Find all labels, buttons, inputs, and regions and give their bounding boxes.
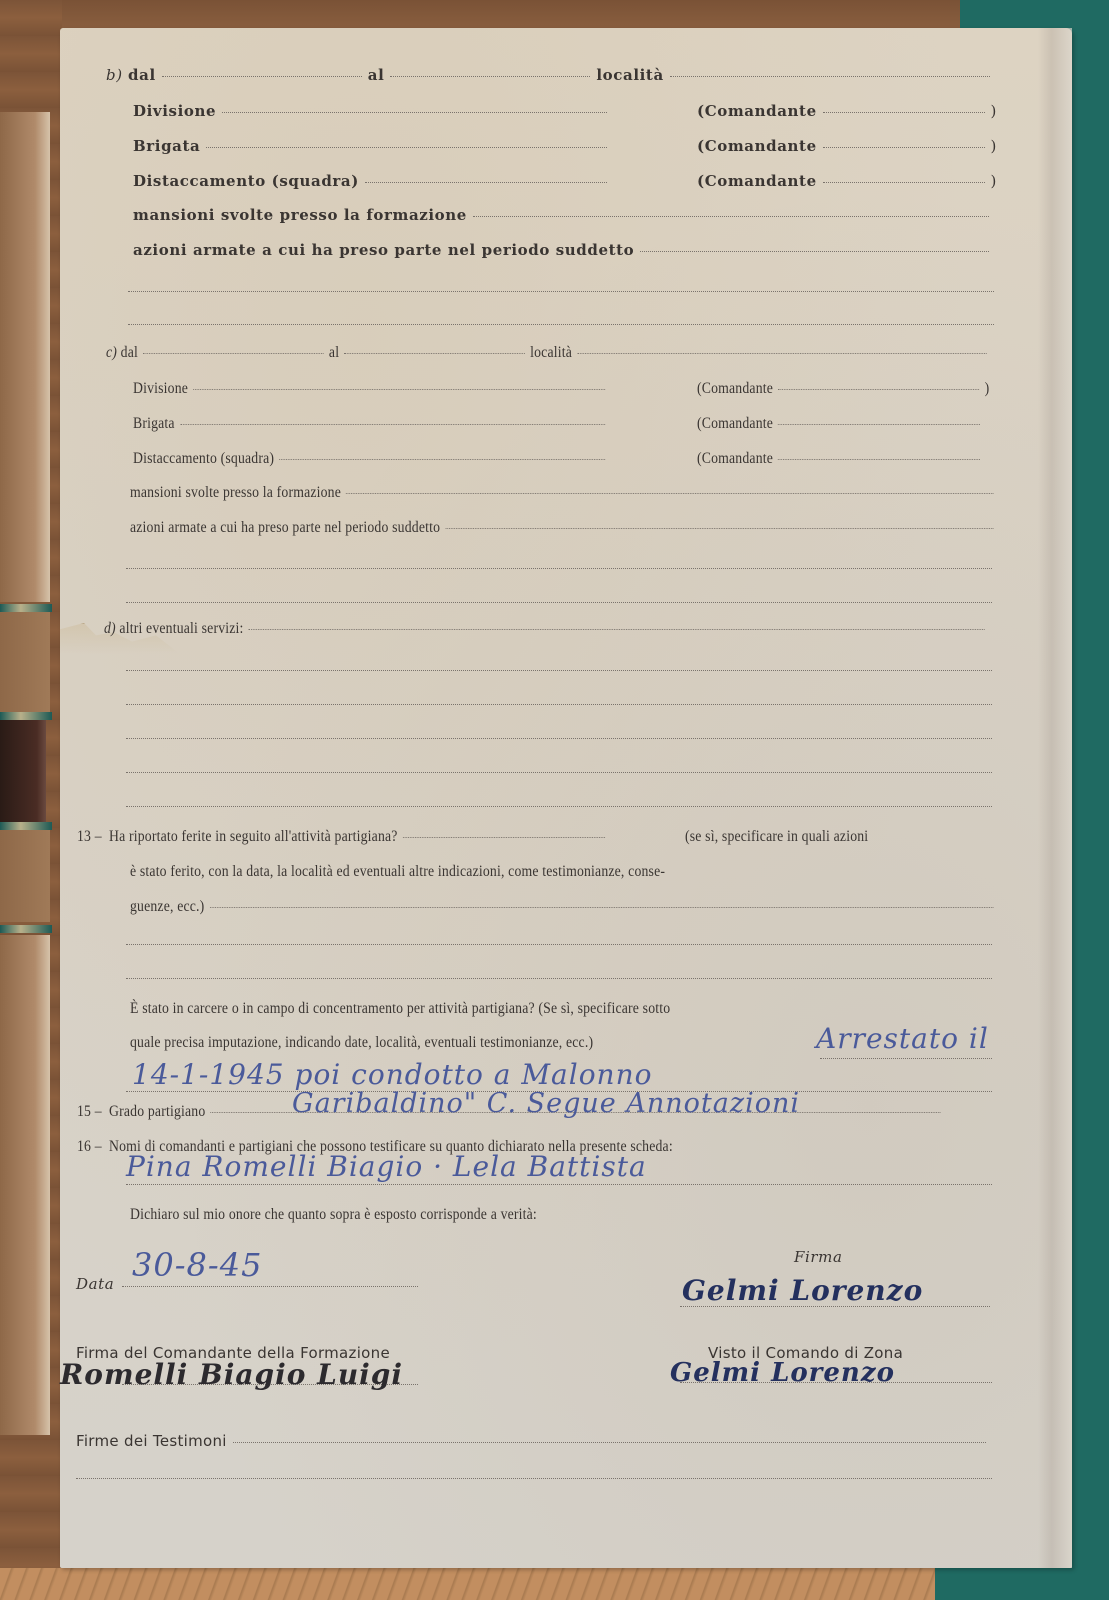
comandante-formazione-signature: Romelli Biagio Luigi: [60, 1358, 403, 1391]
section-c-extra-line[interactable]: [126, 568, 992, 569]
data-field[interactable]: [122, 1286, 418, 1287]
dal-field[interactable]: [143, 353, 324, 354]
q16-line[interactable]: [126, 1184, 992, 1185]
brigata-field[interactable]: [206, 147, 607, 148]
section-c-divisione-comandante: (Comandante ): [697, 380, 989, 398]
section-c-brigata-comandante: (Comandante: [697, 415, 985, 433]
section-b-extra-line[interactable]: [128, 324, 994, 325]
section-b-marker: b): [106, 66, 123, 84]
binder-spine: [0, 612, 50, 712]
comandante-label: (Comandante: [697, 380, 773, 398]
dal-field[interactable]: [162, 76, 362, 77]
firma-label: Firma: [794, 1248, 843, 1266]
comandante-field[interactable]: [778, 459, 980, 460]
q13-number: 13 –: [77, 828, 102, 846]
section-b-extra-line[interactable]: [128, 291, 994, 292]
q14-answer-handwritten: Arrestato il: [816, 1022, 989, 1055]
comandante-field[interactable]: [823, 182, 985, 183]
comandante-label: (Comandante: [697, 450, 773, 468]
localita-field[interactable]: [670, 76, 990, 77]
divisione-field[interactable]: [222, 112, 607, 113]
q13-line1: 13 – Ha riportato ferite in seguito all'…: [77, 828, 610, 846]
declaration: Dichiaro sul mio onore che quanto sopra …: [130, 1206, 537, 1224]
localita-field[interactable]: [577, 353, 986, 354]
distaccamento-field[interactable]: [279, 459, 605, 460]
distaccamento-field[interactable]: [365, 182, 607, 183]
testimoni-label: Firme dei Testimoni: [76, 1432, 227, 1450]
section-b-mansioni: mansioni svolte presso la formazione: [133, 206, 995, 224]
mansioni-field[interactable]: [473, 216, 989, 217]
section-d-line[interactable]: [126, 670, 992, 671]
visto-signature: Gelmi Lorenzo: [670, 1358, 895, 1388]
testimoni-line[interactable]: [76, 1478, 992, 1479]
localita-label: località: [596, 66, 663, 84]
q15-number: 15 –: [77, 1103, 102, 1121]
q13-details-field[interactable]: [210, 907, 994, 908]
section-d: d) altri eventuali servizi:: [104, 620, 990, 638]
section-b-brigata: Brigata: [133, 137, 613, 155]
comandante-field[interactable]: [823, 112, 985, 113]
section-d-line[interactable]: [126, 704, 992, 705]
section-b-dates: b) dal al località: [106, 66, 996, 84]
al-field[interactable]: [344, 353, 525, 354]
q16-number: 16 –: [77, 1138, 102, 1156]
close-paren: ): [991, 102, 997, 120]
data-label: Data: [76, 1275, 114, 1293]
mansioni-label: mansioni svolte presso la formazione: [133, 206, 467, 224]
section-c-dates: c) dal al località: [106, 344, 992, 362]
section-b-divisione-comandante: (Comandante ): [697, 102, 997, 120]
section-b-distaccamento: Distaccamento (squadra): [133, 172, 613, 190]
q13-instructions-cont: è stato ferito, con la data, la località…: [130, 863, 665, 881]
testimoni-row: Firme dei Testimoni: [76, 1432, 992, 1450]
section-b-distaccamento-comandante: (Comandante ): [697, 172, 997, 190]
binder-spine-dark: [0, 720, 46, 822]
section-d-line[interactable]: [126, 738, 992, 739]
q14-answer-handwritten-cont: 14-1-1945 poi condotto a Malonno: [132, 1058, 652, 1091]
section-c-distaccamento-comandante: (Comandante: [697, 450, 985, 468]
mansioni-label: mansioni svolte presso la formazione: [130, 484, 341, 502]
q13-instructions-end: guenze, ecc.): [130, 898, 204, 916]
q14-question: È stato in carcere o in campo di concent…: [130, 1000, 670, 1018]
form-page: b) dal al località Divisione (Comandante…: [60, 28, 1072, 1568]
divisione-label: Divisione: [133, 380, 188, 398]
section-b-brigata-comandante: (Comandante ): [697, 137, 997, 155]
binder-band: [0, 712, 52, 720]
comandante-label: (Comandante: [697, 102, 817, 120]
close-paren: ): [991, 172, 997, 190]
divisione-field[interactable]: [193, 389, 605, 390]
section-d-marker: d): [104, 620, 116, 638]
section-b-azioni: azioni armate a cui ha preso parte nel p…: [133, 241, 995, 259]
section-c-divisione: Divisione: [133, 380, 610, 398]
al-label: al: [329, 344, 339, 362]
section-c-extra-line[interactable]: [126, 602, 992, 603]
section-c-mansioni: mansioni svolte presso la formazione: [130, 484, 999, 502]
distaccamento-label: Distaccamento (squadra): [133, 450, 274, 468]
paper-edge: [1038, 28, 1072, 1568]
q15-answer-handwritten: Garibaldino" C. Segue Annotazioni: [292, 1088, 800, 1119]
brigata-label: Brigata: [133, 415, 175, 433]
comandante-label: (Comandante: [697, 172, 817, 190]
wooden-frame-bottom: [0, 1568, 935, 1600]
close-paren: ): [991, 137, 997, 155]
q14-instructions: quale precisa imputazione, indicando dat…: [130, 1034, 593, 1052]
q13-instructions: (se sì, specificare in quali azioni: [685, 828, 868, 846]
declaration-text: Dichiaro sul mio onore che quanto sopra …: [130, 1206, 537, 1224]
section-b-divisione: Divisione: [133, 102, 613, 120]
section-c-brigata: Brigata: [133, 415, 610, 433]
binder-band: [0, 604, 52, 612]
section-c-azioni: azioni armate a cui ha preso parte nel p…: [130, 519, 999, 537]
section-d-line[interactable]: [126, 806, 992, 807]
azioni-label: azioni armate a cui ha preso parte nel p…: [130, 519, 440, 537]
binder-spine: [0, 935, 50, 1435]
q14-answer-line[interactable]: [820, 1058, 992, 1059]
brigata-field[interactable]: [180, 424, 605, 425]
data-value-handwritten: 30-8-45: [132, 1246, 262, 1284]
binder-band: [0, 925, 52, 933]
brigata-label: Brigata: [133, 137, 200, 155]
comandante-label: (Comandante: [697, 415, 773, 433]
q13-line[interactable]: [126, 944, 992, 945]
al-label: al: [368, 66, 385, 84]
binder-spine: [0, 112, 50, 602]
comandante-field[interactable]: [778, 424, 980, 425]
azioni-field[interactable]: [640, 251, 989, 252]
q14-line2: quale precisa imputazione, indicando dat…: [130, 1034, 593, 1052]
q13-question: Ha riportato ferite in seguito all'attiv…: [109, 828, 398, 846]
firma-label-text: Firma: [794, 1248, 843, 1266]
comandante-label: (Comandante: [697, 137, 817, 155]
q13-line1-tail: (se sì, specificare in quali azioni: [685, 828, 868, 846]
testimoni-field[interactable]: [233, 1442, 986, 1443]
q13-line2: è stato ferito, con la data, la località…: [130, 863, 665, 881]
q14-line1: È stato in carcere o in campo di concent…: [130, 1000, 670, 1018]
dal-label: dal: [128, 66, 156, 84]
close-paren: ): [985, 380, 990, 398]
binder-band: [0, 822, 52, 830]
q15-label: Grado partigiano: [109, 1103, 205, 1121]
azioni-field[interactable]: [445, 528, 993, 529]
q13-line3: guenze, ecc.): [130, 898, 999, 916]
mansioni-field[interactable]: [346, 493, 993, 494]
data-label-text: Data: [76, 1275, 114, 1293]
divisione-label: Divisione: [133, 102, 216, 120]
distaccamento-label: Distaccamento (squadra): [133, 172, 359, 190]
localita-label: località: [530, 344, 572, 362]
section-c-marker: c): [106, 344, 117, 362]
altri-servizi-field[interactable]: [249, 629, 985, 630]
dal-label: dal: [121, 344, 138, 362]
azioni-label: azioni armate a cui ha preso parte nel p…: [133, 241, 634, 259]
altri-servizi-label: altri eventuali servizi:: [119, 620, 243, 638]
wooden-frame-top: [0, 0, 960, 30]
al-field[interactable]: [390, 76, 590, 77]
q13-line[interactable]: [126, 978, 992, 979]
q13-answer-field[interactable]: [403, 837, 605, 838]
firma-signature: Gelmi Lorenzo: [682, 1274, 923, 1307]
section-d-line[interactable]: [126, 772, 992, 773]
q16-answer-handwritten: Pina Romelli Biagio · Lela Battista: [126, 1150, 647, 1183]
binder-spine: [0, 830, 50, 922]
comandante-field[interactable]: [778, 389, 979, 390]
comandante-field[interactable]: [823, 147, 985, 148]
section-c-distaccamento: Distaccamento (squadra): [133, 450, 610, 468]
